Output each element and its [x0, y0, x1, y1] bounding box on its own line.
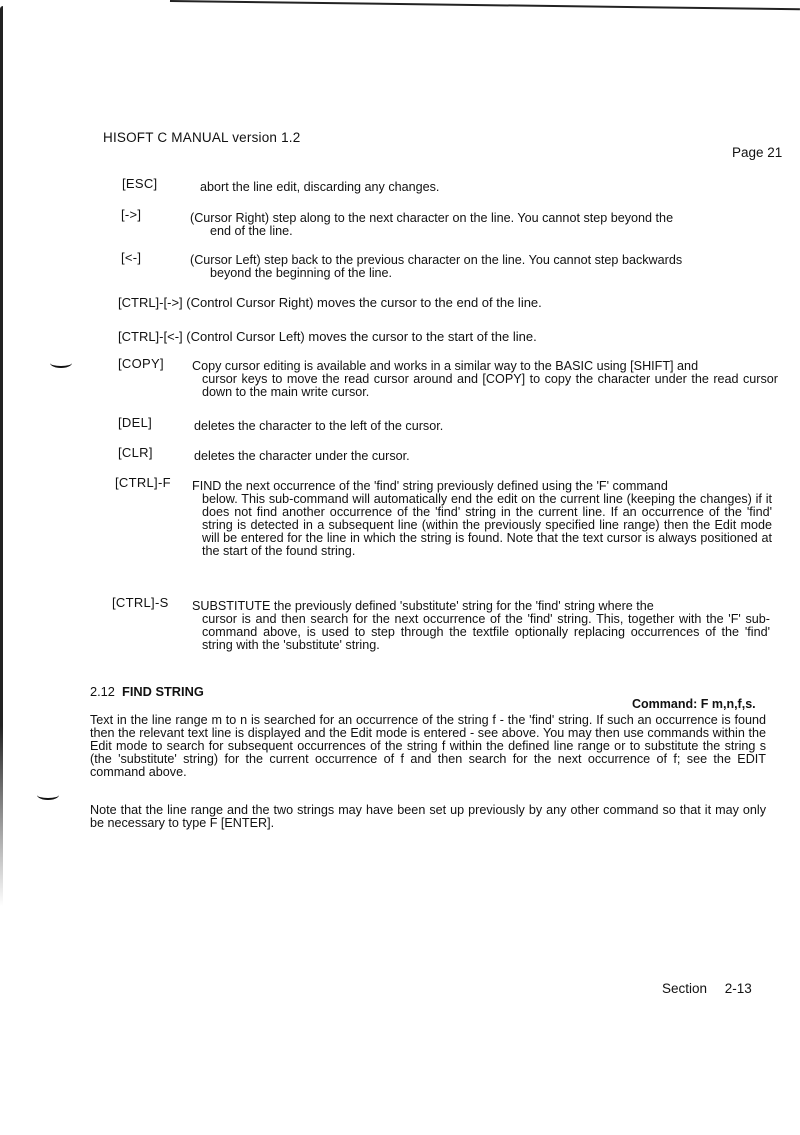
description-text: below. This sub-command will automatical… — [192, 493, 772, 558]
description-text: (Control Cursor Left) moves the cursor t… — [186, 329, 536, 344]
section-paragraph: Note that the line range and the two str… — [90, 804, 766, 830]
key-ctrl-cursor-left-line: [CTRL]-[<-] (Control Cursor Left) moves … — [118, 330, 537, 343]
footer-section-number: 2-13 — [725, 981, 752, 996]
page-footer: Section 2-13 — [662, 981, 752, 996]
key-clr: [CLR] — [118, 445, 153, 460]
section-paragraph: Text in the line range m to n is searche… — [90, 714, 766, 779]
description-text: end of the line. — [190, 225, 780, 238]
description-text: cursor keys to move the read cursor arou… — [192, 373, 778, 399]
key-ctrl-f-description: FIND the next occurrence of the 'find' s… — [192, 480, 772, 558]
key-cursor-right: [->] — [121, 207, 141, 222]
description-text: deletes the character under the cursor. — [194, 450, 474, 463]
margin-mark-icon — [37, 790, 59, 800]
key-ctrl-cursor-left: [CTRL]-[<-] — [118, 329, 183, 344]
page-number: Page 21 — [732, 145, 782, 160]
key-esc-description: abort the line edit, discarding any chan… — [200, 181, 490, 194]
key-ctrl-cursor-right: [CTRL]-[->] — [118, 295, 183, 310]
description-text: (Control Cursor Right) moves the cursor … — [186, 295, 542, 310]
manual-title: HISOFT C MANUAL version 1.2 — [103, 130, 300, 145]
key-cursor-right-description: (Cursor Right) step along to the next ch… — [190, 212, 780, 238]
key-del-description: deletes the character to the left of the… — [194, 420, 514, 433]
margin-mark-icon — [50, 358, 72, 368]
section-heading: 2.12 FIND STRING — [90, 684, 204, 699]
key-ctrl-s-description: SUBSTITUTE the previously defined 'subst… — [192, 600, 770, 652]
command-syntax: Command: F m,n,f,s. — [632, 697, 756, 711]
key-esc: [ESC] — [122, 176, 157, 191]
key-copy-description: Copy cursor editing is available and wor… — [192, 360, 778, 399]
key-del: [DEL] — [118, 415, 152, 430]
description-text: cursor is and then search for the next o… — [192, 613, 770, 652]
key-ctrl-f: [CTRL]-F — [115, 475, 171, 490]
section-title: FIND STRING — [122, 684, 204, 699]
section-number: 2.12 — [90, 684, 115, 699]
scan-edge-top — [170, 0, 800, 24]
description-text: abort the line edit, discarding any chan… — [200, 181, 490, 194]
description-text: deletes the character to the left of the… — [194, 420, 514, 433]
key-cursor-left-description: (Cursor Left) step back to the previous … — [190, 254, 780, 280]
scan-edge-left — [0, 6, 3, 906]
footer-section-label: Section — [662, 981, 707, 996]
key-ctrl-cursor-right-line: [CTRL]-[->] (Control Cursor Right) moves… — [118, 296, 542, 309]
key-clr-description: deletes the character under the cursor. — [194, 450, 474, 463]
description-text: beyond the beginning of the line. — [190, 267, 780, 280]
key-cursor-left: [<-] — [121, 250, 141, 265]
key-ctrl-s: [CTRL]-S — [112, 595, 169, 610]
key-copy: [COPY] — [118, 356, 164, 371]
